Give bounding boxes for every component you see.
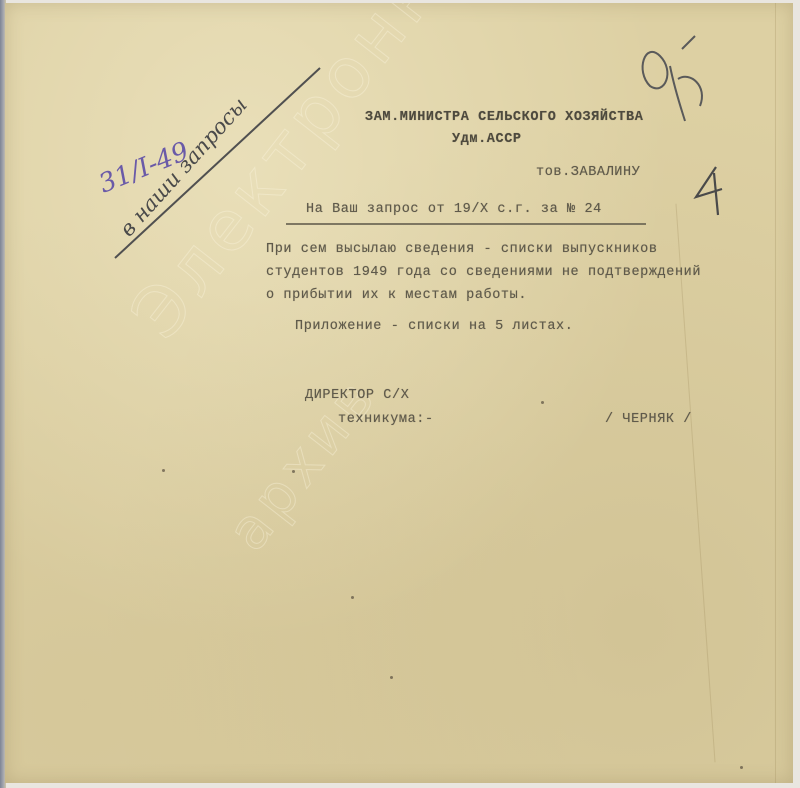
page-number-icon	[630, 31, 720, 126]
signature-name: / ЧЕРНЯК /	[605, 412, 692, 427]
fold-line	[675, 204, 715, 763]
handwritten-stroke-icon	[105, 43, 325, 263]
signature-title-1: ДИРЕКТОР С/Х	[305, 388, 409, 403]
body-line-2: студентов 1949 года со сведениями не под…	[266, 265, 701, 280]
paper-speck	[292, 470, 295, 473]
pencil-mark-icon	[688, 163, 728, 223]
signature-title-2: техникума:-	[338, 412, 434, 427]
paper-speck	[162, 469, 165, 472]
paper-speck	[740, 766, 743, 769]
addressee-line-1: ЗАМ.МИНИСТРА СЕЛЬСКОГО ХОЗЯЙСТВА	[365, 110, 643, 125]
body-line-3: о прибытии их к местам работы.	[266, 288, 527, 303]
paper-speck	[541, 401, 544, 404]
addressee-line-3: тов.ЗАВАЛИНУ	[536, 165, 640, 180]
paper-speck	[390, 676, 393, 679]
attachment-line: Приложение - списки на 5 листах.	[295, 319, 573, 334]
addressee-line-2: Удм.АССР	[452, 132, 522, 147]
fold-line	[775, 3, 776, 783]
paper-speck	[351, 596, 354, 599]
document-page: Электронный архив ЗАМ.МИНИСТРА СЕЛЬСКОГО…	[5, 3, 793, 783]
reference-line: На Ваш запрос от 19/Х с.г. за № 24	[306, 202, 602, 217]
reference-underline	[286, 223, 646, 225]
